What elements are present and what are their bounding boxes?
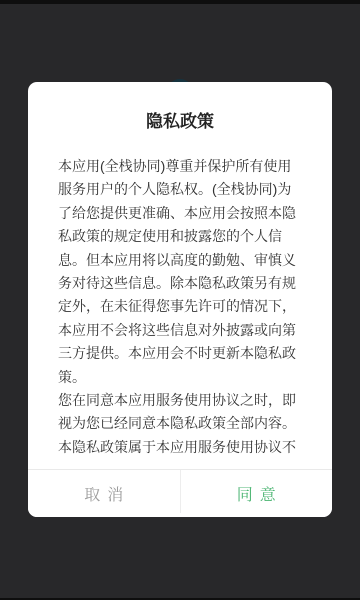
dialog-footer: 取消 同意 (28, 469, 332, 517)
agree-button[interactable]: 同意 (181, 470, 333, 517)
policy-paragraph-2: 您在同意本应用服务使用协议之时，即 视为您已经同意本隐私政策全部内容。 本隐私政… (58, 389, 302, 459)
phone-screen: 隐私政策 本应用(全栈协同)尊重并保护所有使用 服务用户的个人隐私权。(全栈协同… (0, 0, 360, 600)
privacy-policy-dialog: 隐私政策 本应用(全栈协同)尊重并保护所有使用 服务用户的个人隐私权。(全栈协同… (28, 82, 332, 517)
policy-text-scroll-area[interactable]: 本应用(全栈协同)尊重并保护所有使用 服务用户的个人隐私权。(全栈协同)为 了给… (58, 155, 302, 460)
agree-button-label: 同意 (237, 482, 283, 505)
cancel-button[interactable]: 取消 (28, 470, 180, 517)
dialog-title: 隐私政策 (28, 110, 332, 134)
dimmed-backdrop: 隐私政策 本应用(全栈协同)尊重并保护所有使用 服务用户的个人隐私权。(全栈协同… (0, 0, 360, 600)
cancel-button-label: 取消 (84, 482, 130, 505)
status-bar (0, 0, 360, 4)
policy-paragraph-1: 本应用(全栈协同)尊重并保护所有使用 服务用户的个人隐私权。(全栈协同)为 了给… (58, 155, 302, 389)
